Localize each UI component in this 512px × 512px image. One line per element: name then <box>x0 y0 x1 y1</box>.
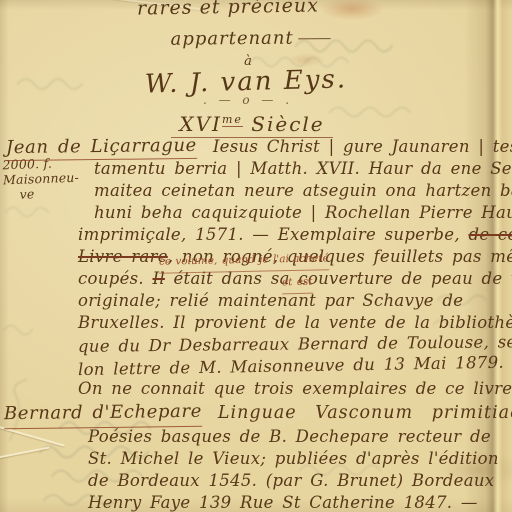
manuscript-line: Bernard d'EchepareLinguae Vasconum primi… <box>0 400 512 426</box>
manuscript-line: On ne connait que trois exemplaires de c… <box>0 378 512 400</box>
manuscript-text: St. Michel le Vieux; publiées d'après l'… <box>88 449 499 468</box>
title-line-appartenant: appartenant —— <box>0 26 506 51</box>
title-block: rares et précieux appartenant —— à W. J.… <box>0 0 512 138</box>
manuscript-text: Iesus Christ | gure Jaunaren | tes- <box>213 137 512 156</box>
title-line-rares-et-precieux: rares et précieux <box>0 0 484 22</box>
entry-heading: Bernard d'Echepare <box>4 399 202 429</box>
struck-text: de ce <box>468 225 512 244</box>
manuscript-text: de Bordeaux 1545. (par G. Brunet) Bordea… <box>88 471 494 490</box>
manuscript-page: rares et précieux appartenant —— à W. J.… <box>0 0 512 512</box>
manuscript-text: Bruxelles. Il provient de la vente de la… <box>78 313 512 332</box>
manuscript-line: St. Michel le Vieux; publiées d'après l'… <box>0 448 512 470</box>
catalog-entry: Bernard d'EchepareLinguae Vasconum primi… <box>0 400 512 512</box>
manuscript-line: Bruxelles. Il provient de la vente de la… <box>0 312 512 334</box>
century-heading-wrap: XVIme Siècle <box>0 109 512 138</box>
manuscript-line: de Bordeaux 1545. (par G. Brunet) Bordea… <box>0 470 512 492</box>
manuscript-text: originale; relié maintenant <box>78 291 316 310</box>
manuscript-text: tamentu berria | Matth. XVII. Haur da en… <box>94 159 512 178</box>
manuscript-text: Henry Faye 139 Rue St Catherine 1847. — <box>88 493 478 512</box>
price-margin-note: 2000. f.Maisonneu-ve <box>2 155 79 203</box>
entry-heading: Jean de Liçarrague <box>6 135 197 161</box>
manuscript-text: maitea ceinetan neure atseguin ona hartz… <box>94 181 512 200</box>
appartenant-text: appartenant <box>170 28 293 50</box>
manuscript-text: imprimiçale, 1571. — Exemplaire superbe, <box>78 225 468 244</box>
flourish-dash: —— <box>294 27 330 48</box>
manuscript-text: Linguae Vasconum primitiae. <box>218 403 512 423</box>
manuscript-line: Poésies basques de B. Dechepare recteur … <box>0 426 512 448</box>
century-superscript: me <box>222 113 243 127</box>
century-word: Siècle <box>243 112 325 136</box>
struck-text: Livre rare <box>78 247 168 266</box>
manuscript-text: coupés. <box>78 269 153 288</box>
century-roman: XVI <box>179 112 222 136</box>
manuscript-line: Jean de LiçarragueIesus Christ | gure Ja… <box>0 136 512 158</box>
manuscript-line: imprimiçale, 1571. — Exemplaire superbe,… <box>0 224 512 246</box>
manuscript-line: Henry Faye 139 Rue St Catherine 1847. — <box>0 492 512 512</box>
manuscript-text: Poésies basques de B. Dechepare recteur … <box>88 427 491 446</box>
manuscript-text: huni beha caquizquiote | Rochellan Pierr… <box>94 203 512 222</box>
manuscript-line: originale; relié maintenantet est par Sc… <box>0 290 512 312</box>
manuscript-line: coupés. Ilce volume, quand je l'ai achet… <box>0 268 512 290</box>
manuscript-line: huni beha caquizquiote | Rochellan Pierr… <box>0 202 512 224</box>
manuscript-text: par Schavye de <box>316 291 463 310</box>
entries: 2000. f.Maisonneu-veJean de LiçarragueIe… <box>0 136 512 512</box>
divider-ornament: . — o — . <box>0 93 504 107</box>
manuscript-text: On ne connait que trois exemplaires de c… <box>78 379 512 398</box>
catalog-entry: 2000. f.Maisonneu-veJean de LiçarragueIe… <box>0 136 512 400</box>
